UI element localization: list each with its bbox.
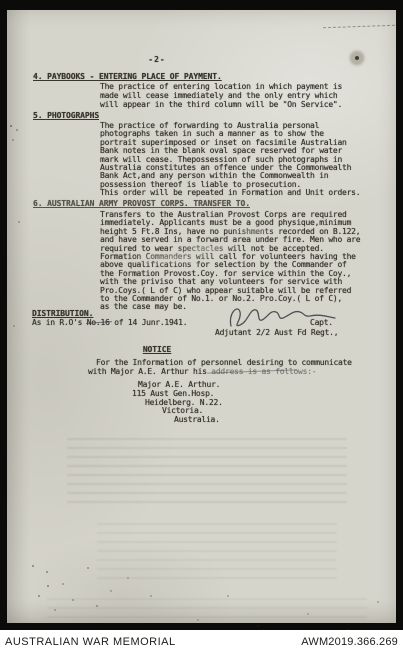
- paper-stains: [47, 585, 49, 587]
- accession-number: AWM2019.366.269: [301, 636, 398, 648]
- paper-page: -2- 4. PAYBOOKS - ENTERING PLACE OF PAYM…: [7, 10, 396, 623]
- section-4-heading: 4. PAYBOOKS - ENTERING PLACE OF PAYMENT.: [33, 73, 222, 81]
- page-number: -2-: [135, 56, 179, 64]
- section-6-body: Transfers to the Australian Provost Corp…: [100, 211, 360, 312]
- section-5-heading: 5. PHOTOGRAPHS: [33, 112, 99, 120]
- address-line: Australia.: [174, 416, 220, 424]
- bleed-through-text: [67, 435, 347, 505]
- notice-heading: NOTICE: [139, 346, 175, 354]
- text-line: will appear in the third column will be …: [100, 101, 342, 110]
- bleed-through-text: [47, 595, 367, 620]
- signature-rank: Capt.: [310, 319, 333, 327]
- section-5-body: The practice of forwarding to Australia …: [100, 122, 360, 198]
- signature-title: Adjutant 2/2 Aust Fd Regt.,: [215, 329, 338, 337]
- paper-stains: [10, 125, 12, 127]
- section-6-heading: 6. AUSTRALIAN ARMY PROVOST CORPS. TRANSF…: [33, 200, 250, 208]
- catalogue-footer: AUSTRALIAN WAR MEMORIAL AWM2019.366.269: [0, 630, 403, 653]
- notice-line-2-normal: with Major A.E. Arthur his: [88, 367, 211, 376]
- paper-tear: [323, 25, 395, 30]
- institution-label: AUSTRALIAN WAR MEMORIAL: [5, 636, 176, 648]
- bleed-through-text: [97, 520, 337, 580]
- document-scan: -2- 4. PAYBOOKS - ENTERING PLACE OF PAYM…: [0, 0, 403, 630]
- text-line: This order will be repeated in Formation…: [100, 189, 360, 197]
- punch-hole: [347, 48, 367, 68]
- paper-stains: [32, 565, 34, 567]
- section-4-body: The practice of entering location in whi…: [100, 83, 342, 111]
